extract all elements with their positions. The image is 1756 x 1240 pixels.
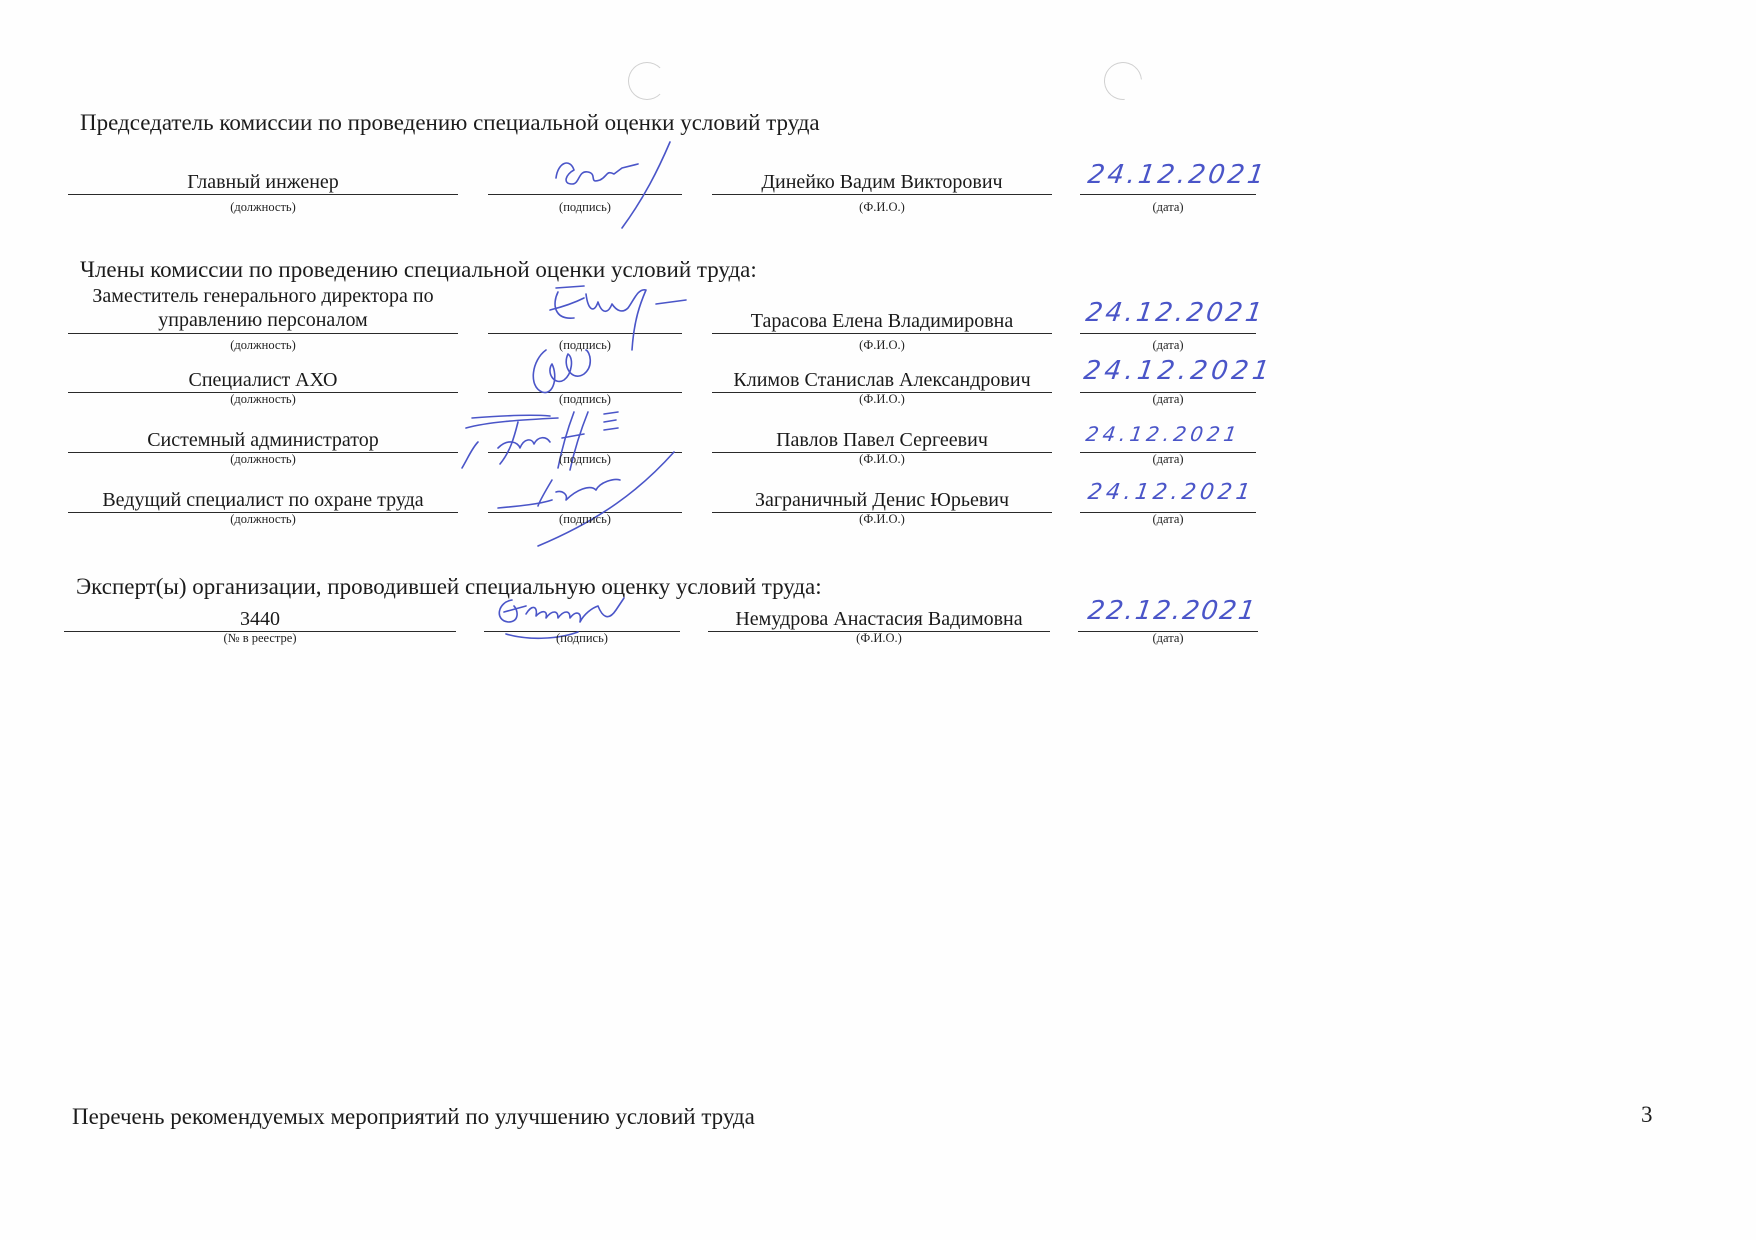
caption-date: (дата) [1080,338,1256,353]
caption-position: (должность) [68,392,458,407]
caption-date: (дата) [1080,392,1256,407]
page-number: 3 [1641,1102,1653,1128]
caption-signature: (подпись) [488,512,682,527]
caption-date: (дата) [1080,512,1256,527]
member-fio-field: Тарасова Елена Владимировна [712,299,1052,334]
chairman-section-title: Председатель комиссии по проведению спец… [80,110,820,136]
caption-registry: (№ в реестре) [64,631,456,646]
caption-fio: (Ф.И.О.) [712,512,1052,527]
chairman-fio-field: Динейко Вадим Викторович [712,160,1052,195]
caption-date: (дата) [1080,452,1256,467]
member-handwritten-date: 24.12.2021 [1084,298,1267,328]
caption-fio: (Ф.И.О.) [708,631,1050,646]
expert-registry-field: 3440 [64,597,456,632]
caption-fio: (Ф.И.О.) [712,338,1052,353]
caption-signature: (подпись) [488,392,682,407]
member-position-field: Ведущий специалист по охране труда [68,478,458,513]
footer-document-title: Перечень рекомендуемых мероприятий по ул… [72,1104,755,1130]
member-position-field: Специалист АХО [68,358,458,393]
caption-fio: (Ф.И.О.) [712,452,1052,467]
expert-handwritten-date: 22.12.2021 [1086,596,1259,626]
punch-hole-mark [1096,54,1150,108]
caption-signature: (подпись) [484,631,680,646]
caption-fio: (Ф.И.О.) [712,200,1052,215]
member-fio-field: Климов Станислав Александрович [712,358,1052,393]
member-handwritten-date: 24.12.2021 [1082,356,1275,386]
member-fio-field: Заграничный Денис Юрьевич [712,478,1052,513]
chairman-signature-icon [548,140,688,230]
expert-fio-field: Немудрова Анастасия Вадимовна [708,597,1050,632]
member-position-field: Заместитель генерального директора по уп… [68,285,458,334]
member-signature-icon [490,450,680,550]
member-handwritten-date: 24.12.2021 [1084,422,1242,446]
caption-position: (должность) [68,452,458,467]
member-fio-field: Павлов Павел Сергеевич [712,418,1052,453]
caption-fio: (Ф.И.О.) [712,392,1052,407]
member-handwritten-date: 24.12.2021 [1086,480,1255,505]
member-position-field: Системный администратор [68,418,458,453]
chairman-handwritten-date: 24.12.2021 [1086,160,1269,190]
chairman-position-field: Главный инженер [68,160,458,195]
caption-position: (должность) [68,512,458,527]
caption-date: (дата) [1078,631,1258,646]
caption-position: (должность) [68,338,458,353]
punch-hole-mark [628,62,666,100]
caption-position: (должность) [68,200,458,215]
document-page: Председатель комиссии по проведению спец… [0,0,1756,1240]
caption-signature: (подпись) [488,200,682,215]
caption-date: (дата) [1080,200,1256,215]
